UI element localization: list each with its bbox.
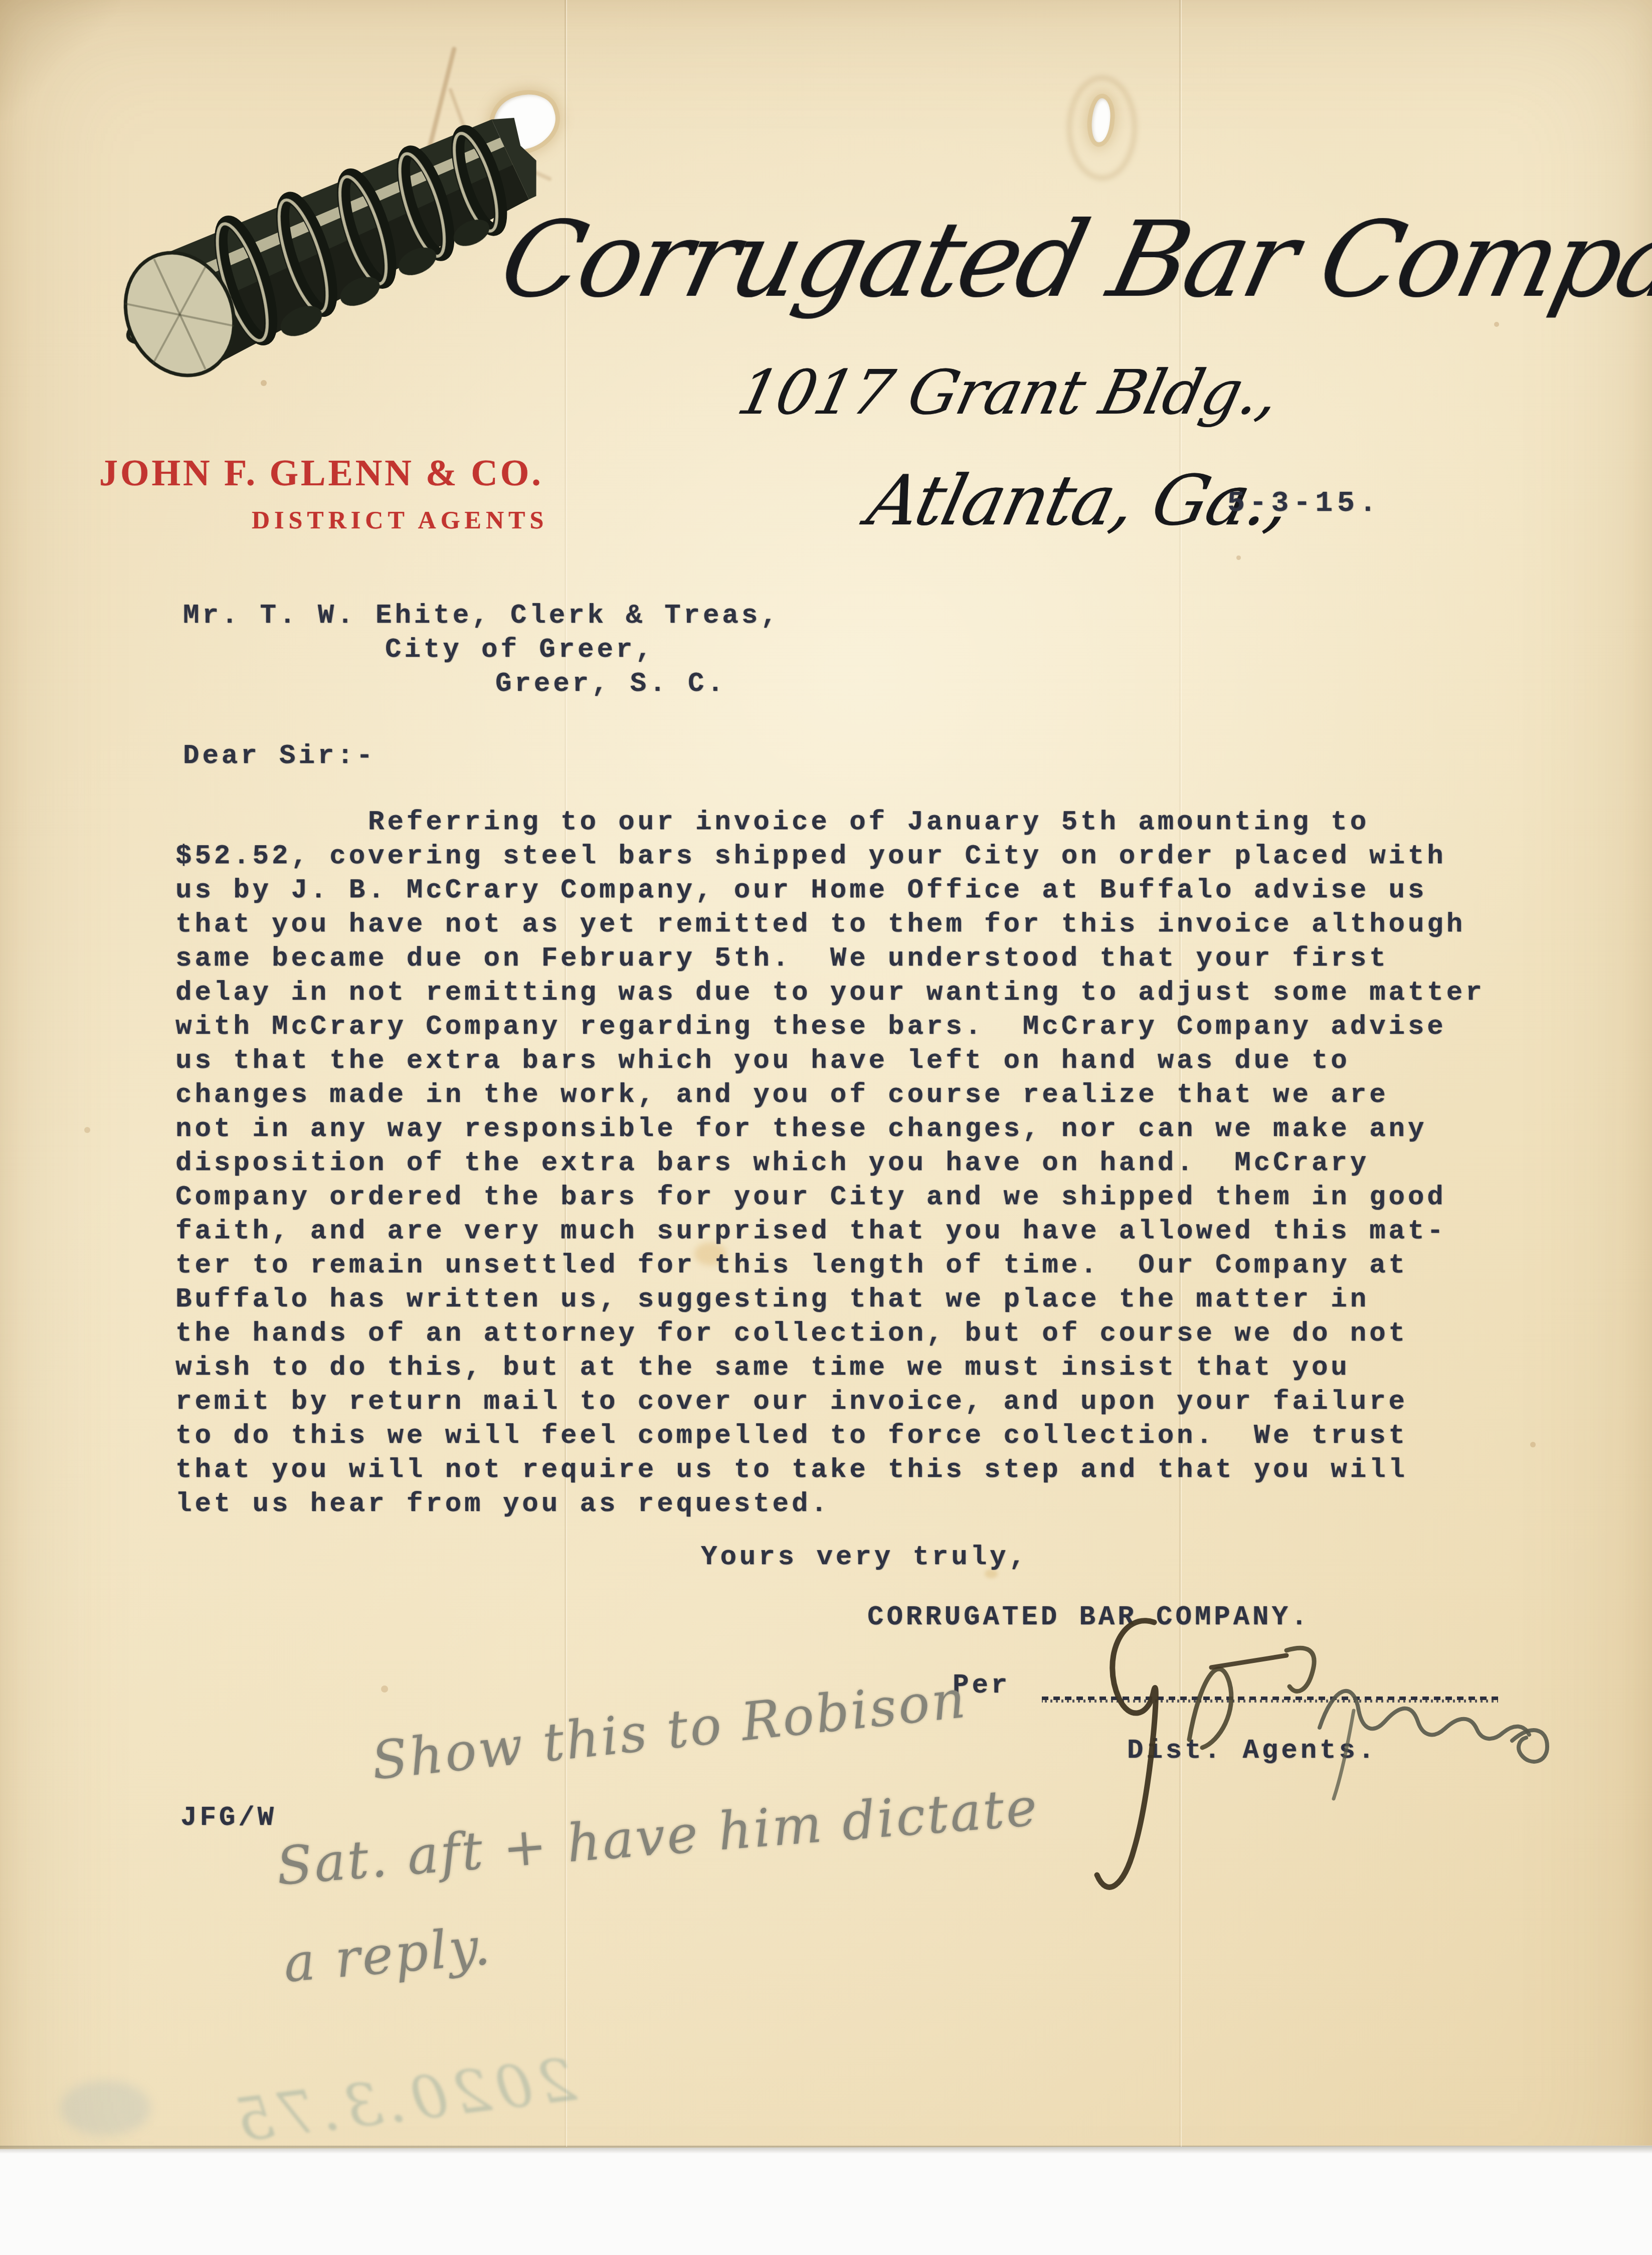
body-line: $52.52, covering steel bars shipped your… [175,840,1485,874]
valediction: Yours very truly, [701,1542,1028,1573]
letterhead-address: 1017 Grant Bldg., [731,357,1286,428]
paper-freckle [1530,1442,1536,1447]
body-line: to do this we will feel compelled to for… [175,1419,1485,1453]
body-line: Company ordered the bars for your City a… [175,1181,1485,1215]
body-line: us that the extra bars which you have le… [175,1044,1485,1078]
paper-freckle [84,1127,90,1133]
salutation: Dear Sir:- [183,741,376,772]
body-line: ter to remain unsettled for this length … [175,1249,1485,1283]
district-agents-name: JOHN F. GLENN & CO. [99,452,543,495]
body-line: that you will not require us to take thi… [175,1453,1485,1487]
district-agents-title: DISTRICT AGENTS [252,505,548,534]
blue-smudge [60,2081,150,2136]
body-line: delay in not remitting was due to your w… [175,976,1485,1010]
signature-ink [1003,1574,1554,1935]
paper-freckle [1236,555,1241,560]
recipient-line-3: Greer, S. C. [495,669,726,699]
body-line: that you have not as yet remitted to the… [175,908,1485,942]
body-line: not in any way responsible for these cha… [175,1112,1485,1147]
body-line: wish to do this, but at the same time we… [175,1351,1485,1385]
body-line: the hands of an attorney for collection,… [175,1317,1485,1351]
body-line: disposition of the extra bars which you … [175,1147,1485,1181]
paper-freckle [1494,322,1499,327]
body-line: us by J. B. McCrary Company, our Home Of… [175,874,1485,908]
recipient-line-2: City of Greer, [385,635,655,665]
corner-crease [0,0,120,120]
body-line: remit by return mail to cover our invoic… [175,1385,1485,1419]
letter-date: 5-3-15. [1227,487,1381,520]
body-line: changes made in the work, and you of cou… [175,1078,1485,1112]
letterhead-company-name: Corrugated Bar Company [490,200,1652,321]
body-line: faith, and are very much surprised that … [175,1215,1485,1249]
paper-freckle [381,1685,388,1693]
body-line: Buffalo has written us, suggesting that … [175,1283,1485,1317]
body-line: with McCrary Company regarding these bar… [175,1010,1485,1044]
scanned-letter-page: { "document_type": "scanned business let… [0,0,1652,2255]
letter-body: Referring to our invoice of January 5th … [175,806,1485,1522]
typist-initials: JFG/W [180,1803,277,1833]
body-line: Referring to our invoice of January 5th … [175,806,1485,840]
body-line: let us hear from you as requested. [175,1487,1485,1522]
recipient-line-1: Mr. T. W. Ehite, Clerk & Treas, [183,601,780,631]
body-line: same became due on February 5th. We unde… [175,942,1485,976]
corrugated-bar-logo-icon [103,93,574,404]
